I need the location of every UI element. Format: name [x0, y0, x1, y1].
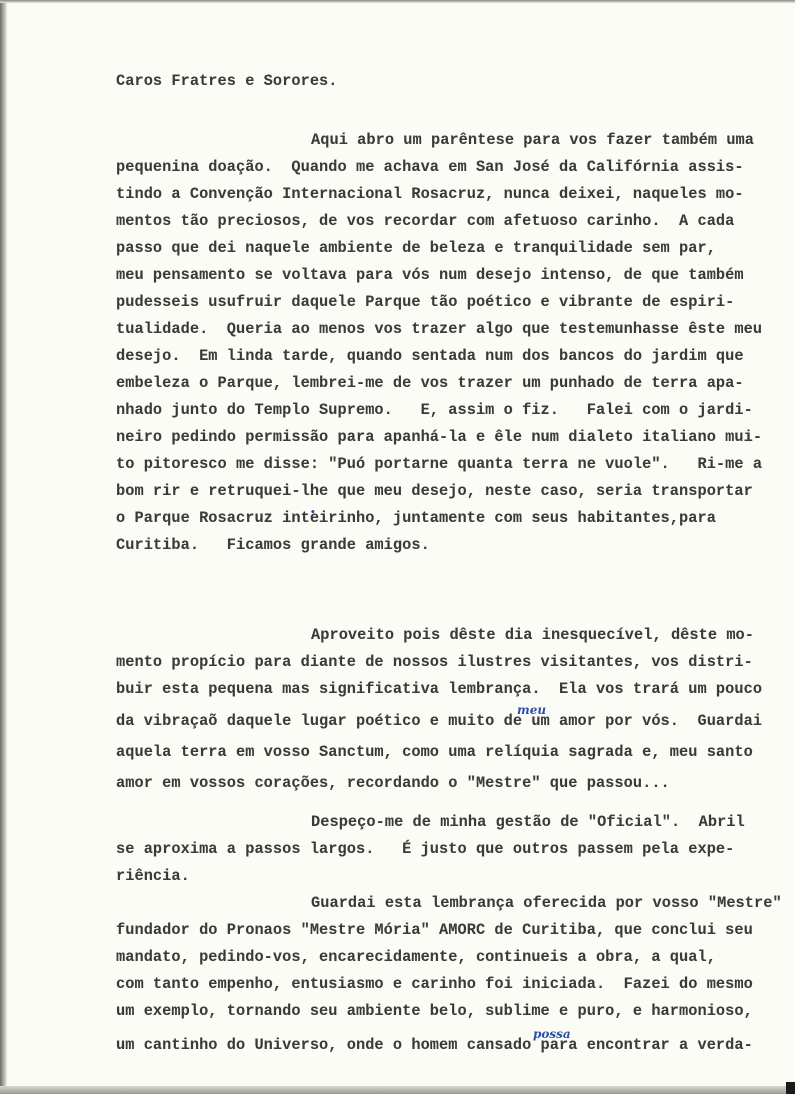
text-line: passo que dei naquele ambiente de beleza…: [116, 239, 716, 257]
scanned-page: Caros Fratres e Sorores. Aqui abro um pa…: [0, 0, 795, 1094]
text-line: Aqui abro um parêntese para vos fazer ta…: [311, 131, 754, 149]
text-line: riência.: [116, 867, 190, 885]
text-line: buir esta pequena mas significativa lemb…: [116, 680, 762, 698]
text-line: Despeço-me de minha gestão de "Oficial".…: [311, 813, 745, 831]
text-line: tualidade. Queria ao menos vos trazer al…: [116, 320, 762, 338]
page-edge-shadow: [0, 1086, 795, 1094]
text-line: Guardai esta lembrança oferecida por vos…: [311, 894, 782, 912]
text-line: pudesseis usufruir daquele Parque tão po…: [116, 293, 734, 311]
handwritten-correction: meu: [517, 703, 546, 717]
text-line: um cantinho do Universo, onde o homem ca…: [116, 1036, 753, 1054]
text-line: amor em vossos corações, recordando o "M…: [116, 774, 670, 792]
text-line: pequenina doação. Quando me achava em Sa…: [116, 158, 744, 176]
handwritten-correction: possa: [533, 1027, 571, 1041]
text-line: mandato, pedindo-vos, encarecidamente, c…: [116, 948, 716, 966]
text-line: desejo. Em linda tarde, quando sentada n…: [116, 347, 744, 365]
text-line: fundador do Pronaos "Mestre Mória" AMORC…: [116, 921, 753, 939]
text-line: embeleza o Parque, lembrei-me de vos tra…: [116, 374, 744, 392]
text-line: Curitiba. Ficamos grande amigos.: [116, 536, 430, 554]
text-line: o Parque Rosacruz inteirinho, juntamente…: [116, 509, 716, 527]
scan-corner: [786, 1082, 795, 1094]
page-edge-shadow: [0, 0, 7, 1094]
text-line: neiro pedindo permissão para apanhá-la e…: [116, 428, 762, 446]
text-line: bom rir e retruquei-lhe que meu desejo, …: [116, 482, 753, 500]
text-line: mentos tão preciosos, de vos recordar co…: [116, 212, 734, 230]
text-line: nhado junto do Templo Supremo. E, assim …: [116, 401, 753, 419]
text-line: aquela terra em vosso Sanctum, como uma …: [116, 743, 753, 761]
page-edge-shadow: [0, 0, 795, 3]
text-line: mento propício para diante de nossos ilu…: [116, 653, 753, 671]
text-line: tindo a Convenção Internacional Rosacruz…: [116, 185, 744, 203]
text-line: se aproxima a passos largos. É justo que…: [116, 840, 734, 858]
text-line: um exemplo, tornando seu ambiente belo, …: [116, 1002, 753, 1020]
salutation: Caros Fratres e Sorores.: [116, 72, 338, 90]
text-line: com tanto empenho, entusiasmo e carinho …: [116, 975, 753, 993]
text-line: to pitoresco me disse: "Puó portarne qua…: [116, 455, 762, 473]
text-line: meu pensamento se voltava para vós num d…: [116, 266, 744, 284]
text-line: Aproveito pois dêste dia inesquecível, d…: [311, 626, 754, 644]
text-line: da vibraçaõ daquele lugar poético e muit…: [116, 712, 762, 730]
ink-dot-mark: •: [310, 508, 316, 518]
